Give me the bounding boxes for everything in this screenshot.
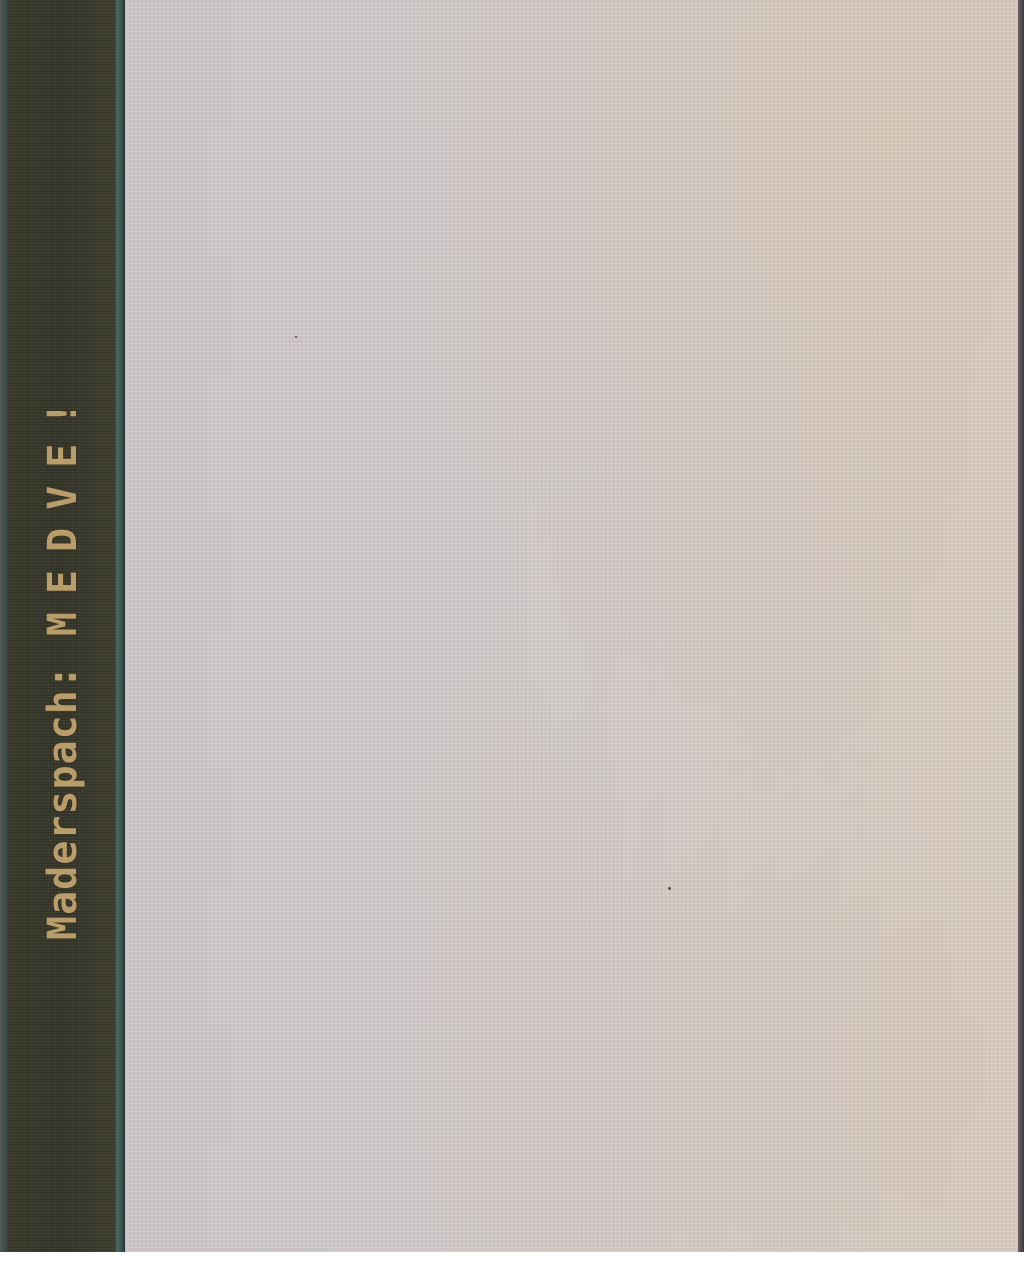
front-cover-cloth [125, 0, 1018, 1252]
cover-speck [668, 887, 671, 890]
spine-lettering: Maderspach:MEDVE! [43, 384, 83, 940]
spine-author: Maderspach: [40, 664, 86, 940]
spine-right-edge [116, 0, 125, 1252]
cover-right-edge [1018, 0, 1024, 1252]
spine-title: MEDVE! [40, 384, 86, 637]
cover-speck [295, 336, 297, 338]
book-cover-photo: Maderspach:MEDVE! [0, 0, 1024, 1252]
